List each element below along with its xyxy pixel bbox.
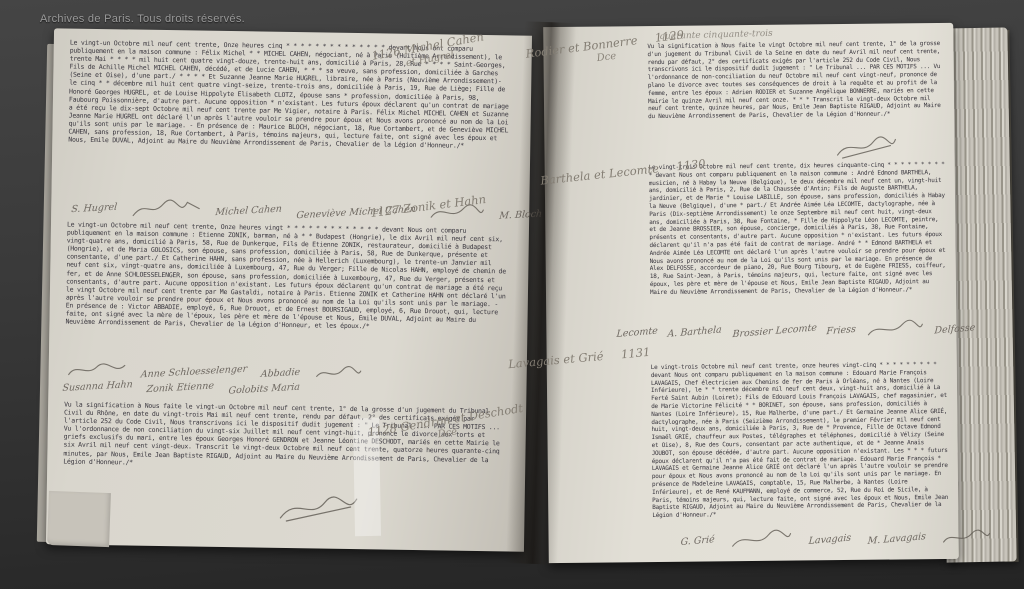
record-1130-signatures: Lecomte A. Barthela Brossier Lecomte Fri…: [616, 319, 975, 343]
signature: Susanna Hahn: [62, 379, 133, 394]
signature-flourish-icon: [731, 529, 793, 552]
record-1129-text: Vu la signification à Nous faite le ving…: [647, 40, 944, 121]
right-page: quarante cinquante-trois Vu la significa…: [543, 23, 959, 563]
signature: M. Lavagais: [867, 531, 926, 547]
signature: Lecomte: [616, 325, 658, 339]
signature-flourish-icon: [67, 361, 127, 380]
signature-flourish-icon: [866, 319, 924, 340]
record-1127-signatures-row2: Susanna Hahn Zonik Etienne Golobits Mari…: [62, 380, 300, 395]
margin-note-number: 1131: [620, 345, 650, 361]
signature: Lavagais: [808, 532, 851, 547]
record-1127-text: Le vingt-un Octobre mil neuf cent trente…: [65, 221, 509, 333]
signature: S. Hugrel: [71, 201, 118, 215]
signature: M. Bloch: [499, 208, 543, 221]
signature: Brossier Lecomte: [732, 322, 817, 340]
official-paraph-icon: [834, 135, 898, 160]
signature: Michel Cahen: [215, 203, 283, 218]
record-1130-text: Le vingt-trois Octobre mil neuf cent tre…: [649, 161, 946, 297]
signature: Golobits Maria: [228, 382, 300, 397]
signature: Friess: [827, 323, 857, 336]
left-page: Le vingt-un Octobre mil neuf cent trente…: [46, 28, 532, 551]
record-1131-text: Le vingt-trois Octobre mil neuf cent tre…: [651, 361, 949, 520]
signature: Abbadie: [261, 366, 301, 379]
signature: A. Barthela: [668, 324, 723, 339]
archive-photo-scene: Archives de Paris. Tous droits réservés.…: [0, 0, 1024, 589]
signature: G. Grié: [680, 534, 715, 548]
archives-watermark: Archives de Paris. Tous droits réservés.: [40, 13, 245, 25]
official-paraph-icon: [276, 494, 360, 525]
record-1131-signatures: G. Grié Lavagais M. Lavagais: [680, 526, 991, 551]
signature: Anne Schloesselenger: [140, 363, 247, 380]
signature-flourish-icon: [942, 528, 992, 547]
signature: Zonik Etienne: [146, 380, 214, 395]
signature-flourish-icon: [131, 198, 201, 221]
signature-flourish-icon: [314, 364, 362, 383]
torn-page-corner: [47, 491, 111, 547]
signature: Delfosse: [934, 322, 975, 336]
